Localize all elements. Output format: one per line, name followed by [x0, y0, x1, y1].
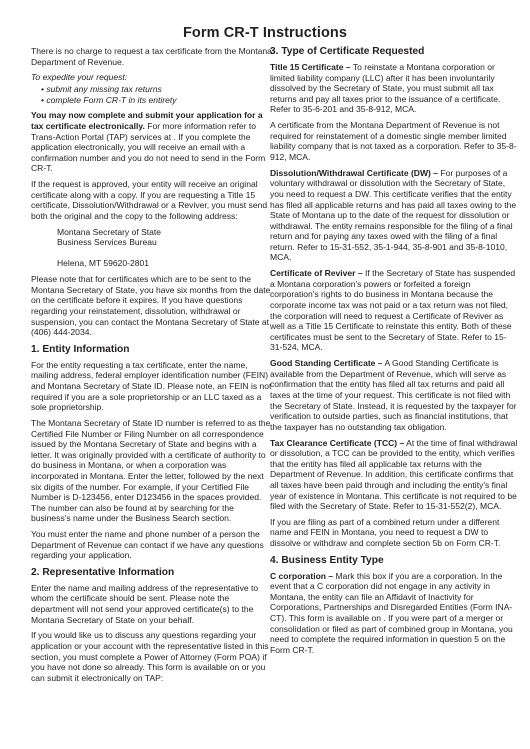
tcc-paragraph: Tax Clearance Certificate (TCC) – At the… — [270, 438, 518, 512]
c-corporation-label: C corporation – — [270, 571, 333, 581]
llc-note-paragraph: A certificate from the Montana Departmen… — [270, 120, 518, 162]
dw-text: For purposes of a voluntary withdrawal o… — [270, 168, 516, 263]
address-line: Helena, MT 59620-2801 — [57, 258, 273, 269]
c-corporation-paragraph: C corporation – Mark this box if you are… — [270, 571, 518, 656]
section-1-paragraph: For the entity requesting a tax certific… — [31, 360, 273, 413]
left-column: There is no charge to request a tax cert… — [31, 46, 273, 689]
address-line: Business Services Bureau — [57, 237, 273, 248]
combined-return-paragraph: If you are filing as part of a combined … — [270, 517, 518, 549]
good-standing-paragraph: Good Standing Certificate – A Good Stand… — [270, 358, 518, 432]
expedite-list: submit any missing tax returns complete … — [31, 84, 273, 105]
section-2-paragraph: Enter the name and mailing address of th… — [31, 583, 273, 625]
section-3-heading: 3. Type of Certificate Requested — [270, 46, 518, 58]
section-4-heading: 4. Business Entity Type — [270, 555, 518, 567]
reviver-paragraph: Certificate of Reviver – If the Secretar… — [270, 268, 518, 353]
tcc-label: Tax Clearance Certificate (TCC) – — [270, 438, 404, 448]
mailing-address: Montana Secretary of State Business Serv… — [31, 227, 273, 269]
title15-label: Title 15 Certificate – — [270, 62, 351, 72]
reviver-text: If the Secretary of State has suspended … — [270, 268, 515, 352]
good-standing-text: A Good Standing Certificate is available… — [270, 358, 517, 432]
intro-paragraph: There is no charge to request a tax cert… — [31, 46, 273, 67]
section-1-paragraph: You must enter the name and phone number… — [31, 529, 273, 561]
title15-paragraph: Title 15 Certificate – To reinstate a Mo… — [270, 62, 518, 115]
section-2-heading: 2. Representative Information — [31, 567, 273, 579]
address-line: Montana Secretary of State — [57, 227, 273, 238]
list-item: submit any missing tax returns — [41, 84, 273, 95]
section-1-heading: 1. Entity Information — [31, 344, 273, 356]
reviver-label: Certificate of Reviver – — [270, 268, 363, 278]
note-paragraph: Please note that for certificates which … — [31, 274, 273, 338]
section-1-paragraph: The Montana Secretary of State ID number… — [31, 418, 273, 524]
approved-paragraph: If the request is approved, your entity … — [31, 179, 273, 221]
electronic-paragraph: You may now complete and submit your app… — [31, 110, 273, 174]
right-column: 3. Type of Certificate Requested Title 1… — [270, 46, 518, 661]
dw-label: Dissolution/Withdrawal Certificate (DW) … — [270, 168, 438, 178]
list-item: complete Form CR-T in its entirety — [41, 95, 273, 106]
page-title: Form CR-T Instructions — [0, 25, 530, 41]
good-standing-label: Good Standing Certificate – — [270, 358, 383, 368]
expedite-heading: To expedite your request: — [31, 72, 273, 83]
dw-paragraph: Dissolution/Withdrawal Certificate (DW) … — [270, 168, 518, 263]
c-corporation-text: Mark this box if you are a corporation. … — [270, 571, 513, 655]
section-2-paragraph: If you would like us to discuss any ques… — [31, 630, 273, 683]
tcc-text: At the time of final withdrawal or disso… — [270, 438, 517, 512]
